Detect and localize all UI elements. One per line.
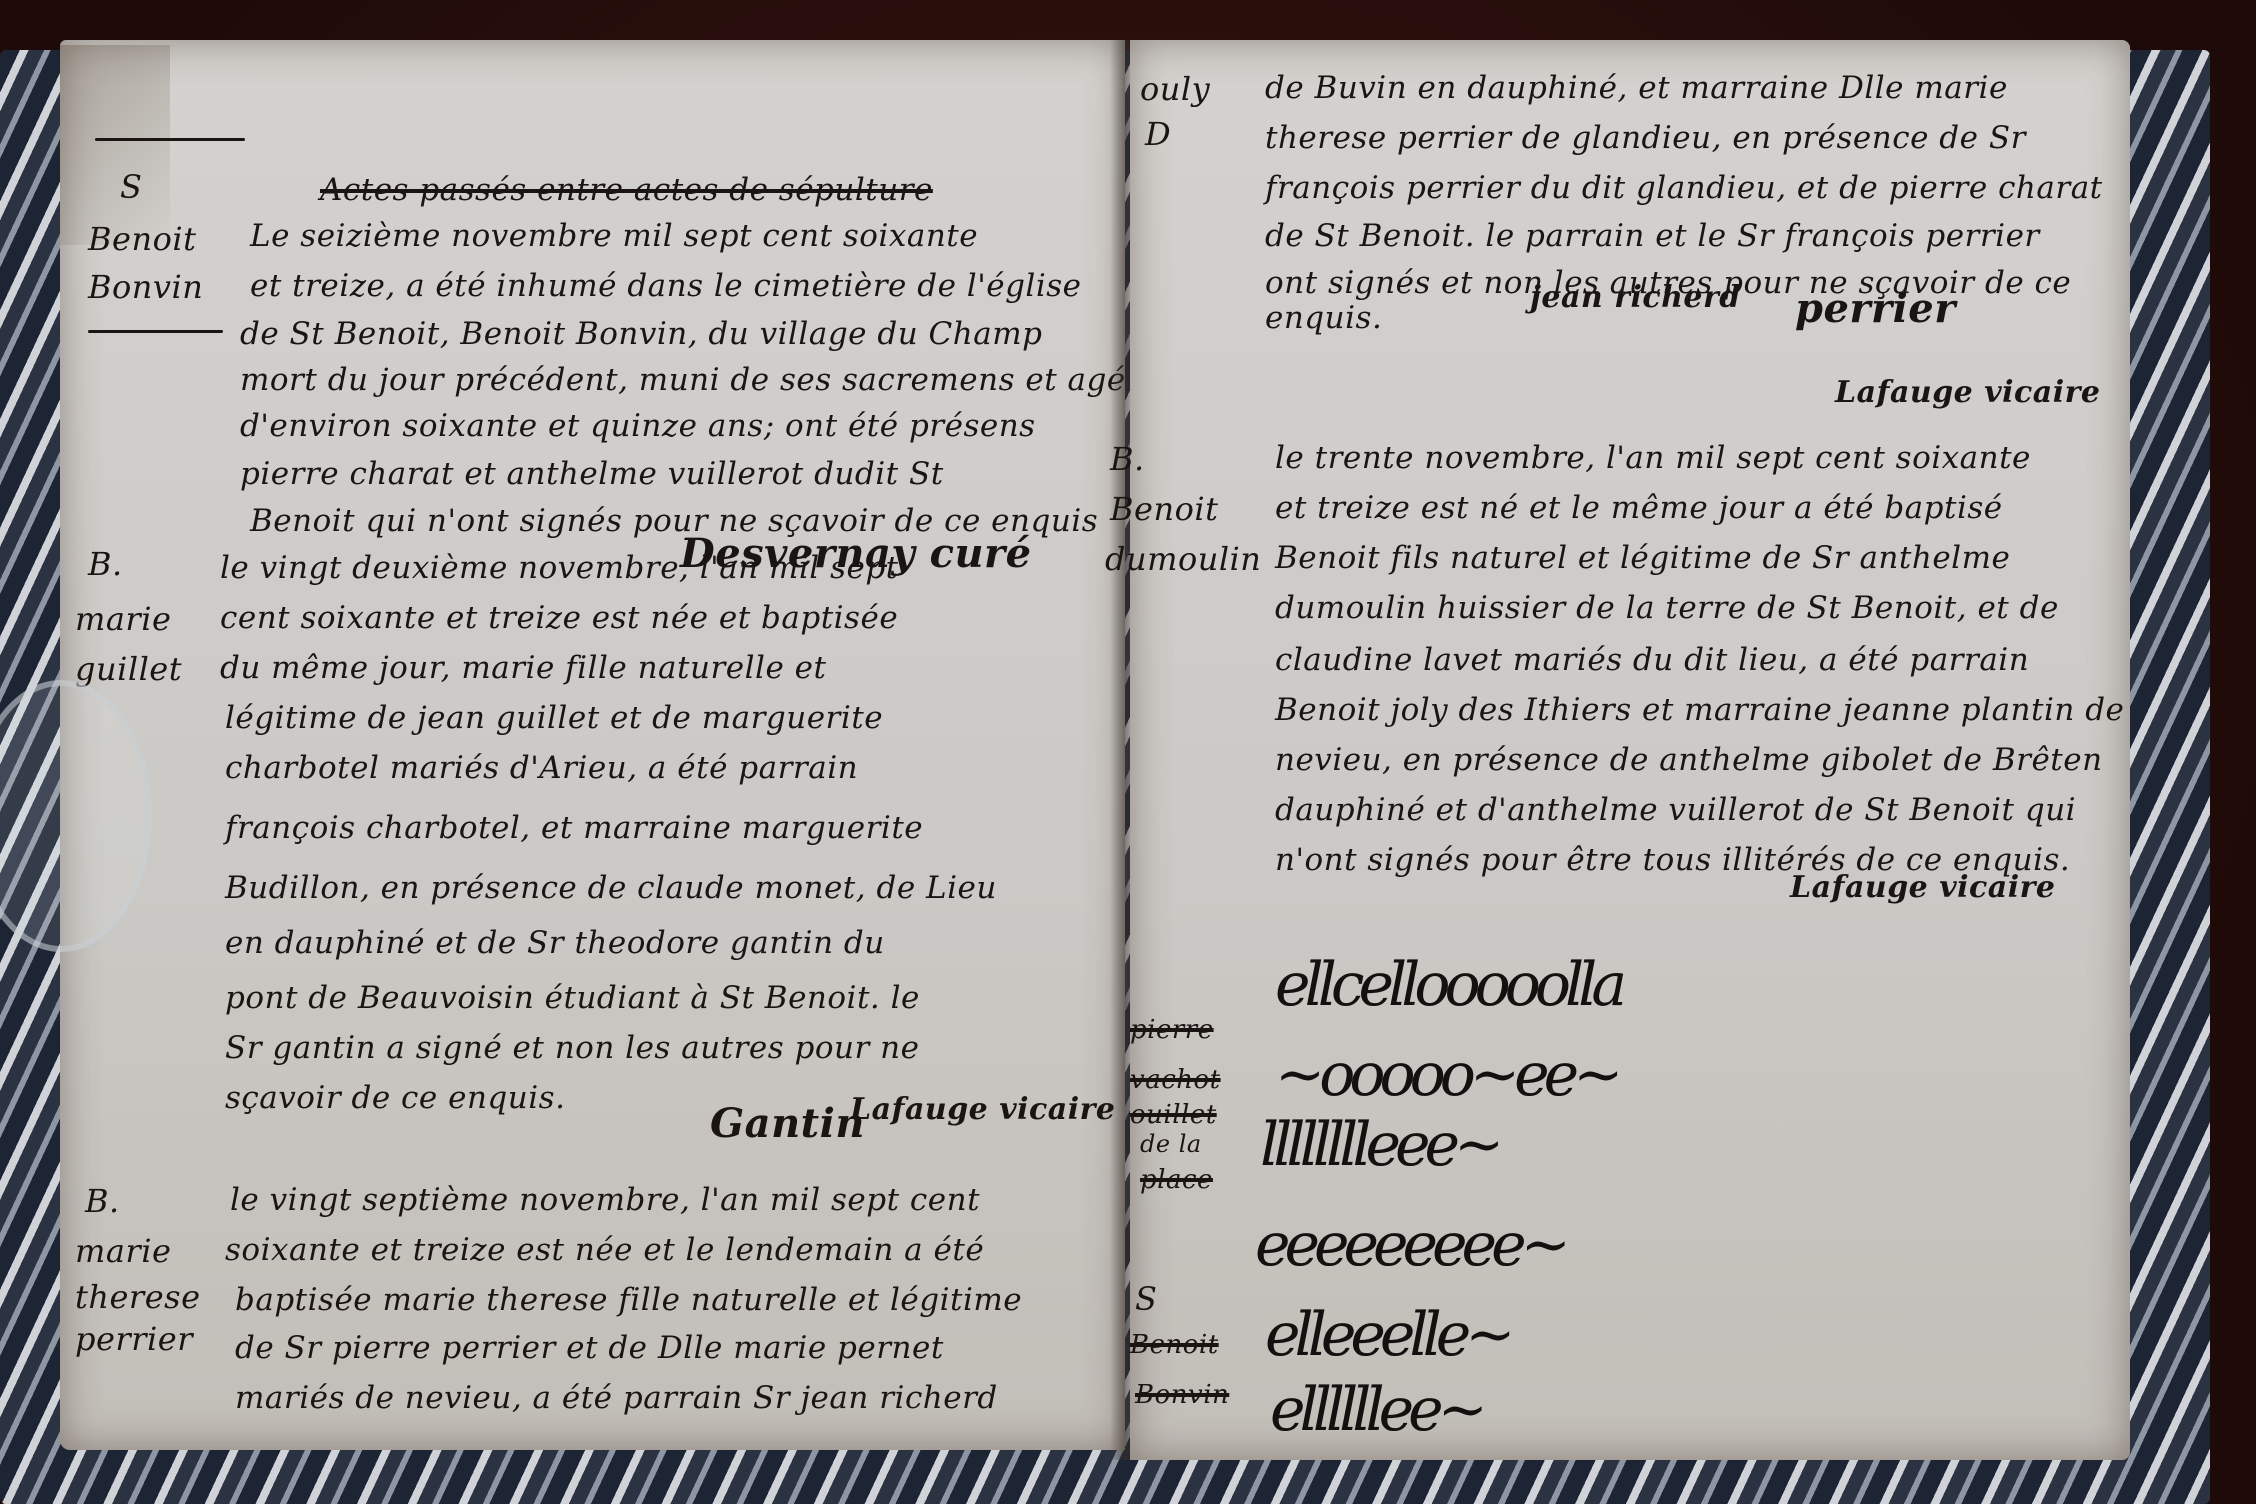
entry-line: et treize, a été inhumé dans le cimetièr… bbox=[250, 268, 1082, 304]
cancellation-flourish: ~ooooo~ee~ bbox=[1275, 1040, 1617, 1110]
cancellation-flourish: ellllllee~ bbox=[1270, 1375, 1482, 1445]
entry-line: du même jour, marie fille naturelle et bbox=[220, 650, 826, 686]
entry-line: le trente novembre, l'an mil sept cent s… bbox=[1275, 440, 2031, 476]
entry-line: sçavoir de ce enquis. bbox=[225, 1080, 565, 1116]
struck-margin-note: place bbox=[1140, 1165, 1213, 1195]
margin-name: guillet bbox=[75, 650, 182, 688]
margin-note: D bbox=[1145, 115, 1171, 153]
entry-line: claudine lavet mariés du dit lieu, a été… bbox=[1275, 642, 2029, 678]
margin-name: perrier bbox=[75, 1320, 193, 1358]
cancellation-flourish: elleeelle~ bbox=[1265, 1300, 1510, 1370]
struck-margin-note: Bonvin bbox=[1135, 1380, 1229, 1410]
entry-line: Budillon, en présence de claude monet, d… bbox=[225, 870, 997, 906]
signature: Lafauge vicaire bbox=[850, 1092, 1116, 1127]
signature: Gantin bbox=[710, 1100, 865, 1147]
signature: Lafauge vicaire bbox=[1835, 375, 2101, 410]
margin-name: marie bbox=[75, 600, 171, 638]
entry-line: de Sr pierre perrier et de Dlle marie pe… bbox=[235, 1330, 944, 1366]
cancellation-flourish: ellcellooooolla bbox=[1275, 950, 1621, 1020]
margin-name: therese bbox=[75, 1278, 201, 1316]
struck-margin-note: pierre bbox=[1130, 1015, 1214, 1045]
entry-line: de Buvin en dauphiné, et marraine Dlle m… bbox=[1265, 70, 2008, 106]
entry-line: mariés de nevieu, a été parrain Sr jean … bbox=[235, 1380, 998, 1416]
entry-line: légitime de jean guillet et de marguerit… bbox=[225, 700, 883, 736]
entry-line: d'environ soixante et quinze ans; ont ét… bbox=[240, 408, 1036, 444]
struck-margin-note: S bbox=[1135, 1280, 1157, 1318]
entry-line: dauphiné et d'anthelme vuillerot de St B… bbox=[1275, 792, 2076, 828]
entry-line: françois charbotel, et marraine margueri… bbox=[225, 810, 923, 846]
entry-line: Sr gantin a signé et non les autres pour… bbox=[225, 1030, 919, 1066]
entry-line: le vingt septième novembre, l'an mil sep… bbox=[230, 1182, 980, 1218]
entry-line: Le seizième novembre mil sept cent soixa… bbox=[250, 218, 978, 254]
page-fold bbox=[60, 45, 170, 245]
entry-line: soixante et treize est née et le lendema… bbox=[225, 1232, 984, 1268]
margin-name: Benoit bbox=[1110, 490, 1218, 528]
signature: jean richerd bbox=[1530, 280, 1741, 315]
signature: Lafauge vicaire bbox=[1790, 870, 2056, 905]
struck-header: Actes passés entre actes de sépulture bbox=[320, 172, 933, 208]
struck-margin-note: ouillet bbox=[1130, 1100, 1217, 1130]
margin-entry-type: B. bbox=[88, 545, 123, 583]
margin-entry-type: B. bbox=[85, 1182, 120, 1220]
entry-line: françois perrier du dit glandieu, et de … bbox=[1265, 170, 2103, 206]
margin-name: Bonvin bbox=[88, 268, 203, 306]
margin-rule bbox=[95, 138, 245, 141]
entry-line: cent soixante et treize est née et bapti… bbox=[220, 600, 898, 636]
struck-margin-note: vachot bbox=[1130, 1065, 1221, 1095]
entry-line: therese perrier de glandieu, en présence… bbox=[1265, 120, 2026, 156]
margin-entry-type: B. bbox=[1110, 440, 1145, 478]
margin-note: ouly bbox=[1140, 70, 1210, 108]
entry-line: Benoit joly des Ithiers et marraine jean… bbox=[1275, 692, 2124, 728]
margin-name: marie bbox=[75, 1232, 171, 1270]
cancellation-flourish: lllllllleee~ bbox=[1260, 1110, 1498, 1180]
entry-line: et treize est né et le même jour a été b… bbox=[1275, 490, 2003, 526]
margin-name: Benoit bbox=[88, 220, 196, 258]
margin-name: dumoulin bbox=[1105, 540, 1261, 578]
entry-line: dumoulin huissier de la terre de St Beno… bbox=[1275, 590, 2059, 626]
entry-line: de St Benoit. le parrain et le Sr franço… bbox=[1265, 218, 2040, 254]
entry-line: pierre charat et anthelme vuillerot dudi… bbox=[240, 456, 944, 492]
cancellation-flourish: eeeeeeeee~ bbox=[1255, 1210, 1565, 1280]
entry-line: charbotel mariés d'Arieu, a été parrain bbox=[225, 750, 858, 786]
entry-line: pont de Beauvoisin étudiant à St Benoit.… bbox=[225, 980, 920, 1016]
entry-line: Benoit fils naturel et légitime de Sr an… bbox=[1275, 540, 2010, 576]
entry-line: enquis. bbox=[1265, 300, 1382, 336]
struck-margin-note: de la bbox=[1140, 1130, 1202, 1158]
entry-line: en dauphiné et de Sr theodore gantin du bbox=[225, 925, 885, 961]
margin-entry-type: S bbox=[120, 168, 142, 206]
margin-rule bbox=[88, 330, 223, 333]
struck-margin-note: Benoit bbox=[1130, 1330, 1219, 1360]
signature: perrier bbox=[1795, 285, 1956, 332]
entry-line: le vingt deuxième novembre, l'an mil sep… bbox=[220, 550, 899, 586]
entry-line: de St Benoit, Benoit Bonvin, du village … bbox=[240, 316, 1042, 352]
entry-line: baptisée marie therese fille naturelle e… bbox=[235, 1282, 1022, 1318]
entry-line: nevieu, en présence de anthelme gibolet … bbox=[1275, 742, 2103, 778]
entry-line: mort du jour précédent, muni de ses sacr… bbox=[240, 362, 1126, 398]
